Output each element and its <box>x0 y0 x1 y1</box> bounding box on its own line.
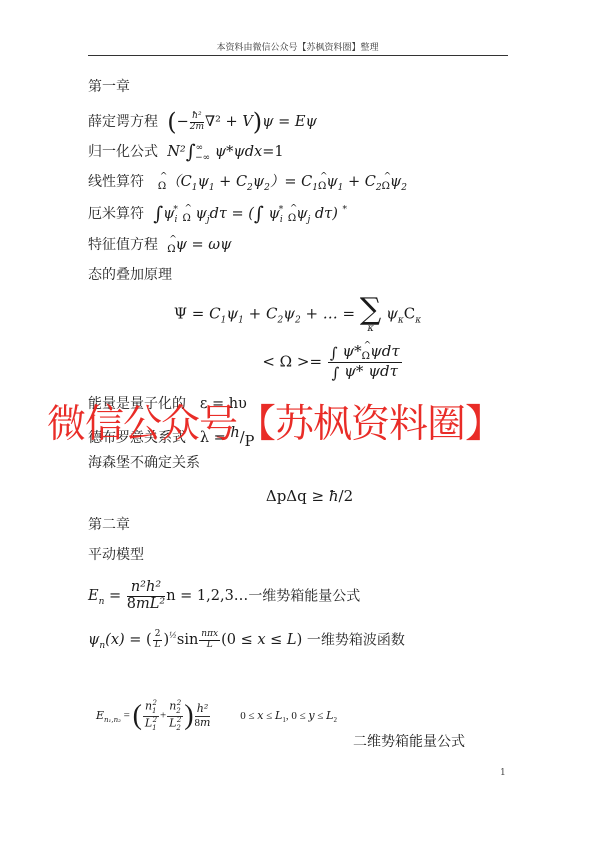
energy-1d-label: 一维势箱能量公式 <box>248 588 360 604</box>
chapter2-title: 第二章 <box>88 518 130 532</box>
hermitian-operator-formula: ∫ψi* Ω ψjdτ = (∫ ψi* Ωψj dτ) * <box>149 206 347 222</box>
eigenvalue-row: 特征值方程 Ωψ = ωψ <box>88 238 231 255</box>
wavefunction-1d-label: 一维势箱波函数 <box>307 632 405 648</box>
wavefunction-1d-row: ψn(x) = (2L)½sinnπxL(0 ≤ x ≤ L) 一维势箱波函数 <box>88 630 405 651</box>
hermitian-operator-row: 厄米算符 ∫ψi* Ω ψjdτ = (∫ ψi* Ωψj dτ) * <box>88 205 347 225</box>
linear-operator-row: 线性算符 Ω（C1ψ1 + C2ψ2）= C1Ωψ1 + C2Ωψ2 <box>88 175 407 193</box>
linear-operator-label: 线性算符 <box>88 174 144 190</box>
superposition-formula-1: Ψ = C1ψ1 + C2ψ2 + … = ∑κ ψκCκ <box>0 295 595 334</box>
expectation-value-formula: < Ω >= ∫ ψ*Ωψdτ∫ ψ* ψdτ <box>35 343 595 382</box>
energy-2d-formula: En₁,n₂ = (n12L12+n22L22)h²8m 0 ≤ x ≤ L1,… <box>96 700 337 732</box>
schrodinger-formula: (−ħ²2m∇² + V)ψ = Eψ <box>163 114 317 130</box>
header-divider <box>88 55 508 56</box>
energy-1d-row: En = n²h²8mL²n = 1,2,3…一维势箱能量公式 <box>88 580 360 613</box>
wavefunction-1d-formula: ψn(x) = (2L)½sinnπxL(0 ≤ x ≤ L) <box>88 632 307 648</box>
superposition-label: 态的叠加原理 <box>88 268 172 282</box>
watermark: 微信公众号【苏枫资料圈】 <box>47 393 503 449</box>
energy-2d-label: 二维势箱能量公式 <box>353 735 465 749</box>
energy-2d-domain: 0 ≤ x ≤ L1, 0 ≤ y ≤ L2 <box>240 710 337 722</box>
normalization-row: 归一化公式 N²∫∞−∞ ψ*ψdx=1 <box>88 143 284 163</box>
normalization-formula: N²∫∞−∞ ψ*ψdx=1 <box>163 144 284 160</box>
eigenvalue-label: 特征值方程 <box>88 237 158 253</box>
hermitian-operator-label: 厄米算符 <box>88 206 144 222</box>
schrodinger-row: 薛定谔方程 (−ħ²2m∇² + V)ψ = Eψ <box>88 110 317 134</box>
energy-1d-formula: En = n²h²8mL²n = 1,2,3… <box>88 588 248 604</box>
heisenberg-formula: ΔpΔq ≥ ħ/2 <box>12 487 595 505</box>
chapter2-subtitle: 平动模型 <box>88 548 144 562</box>
eigenvalue-formula: Ωψ = ωψ <box>163 237 232 253</box>
page-header: 本资料由微信公众号【苏枫资料圈】整理 <box>0 40 595 53</box>
schrodinger-label: 薛定谔方程 <box>88 114 158 130</box>
heisenberg-label: 海森堡不确定关系 <box>88 456 200 470</box>
normalization-label: 归一化公式 <box>88 144 158 160</box>
page-number: 1 <box>500 768 506 778</box>
linear-operator-formula: Ω（C1ψ1 + C2ψ2）= C1Ωψ1 + C2Ωψ2 <box>149 174 407 190</box>
chapter1-title: 第一章 <box>88 80 130 94</box>
